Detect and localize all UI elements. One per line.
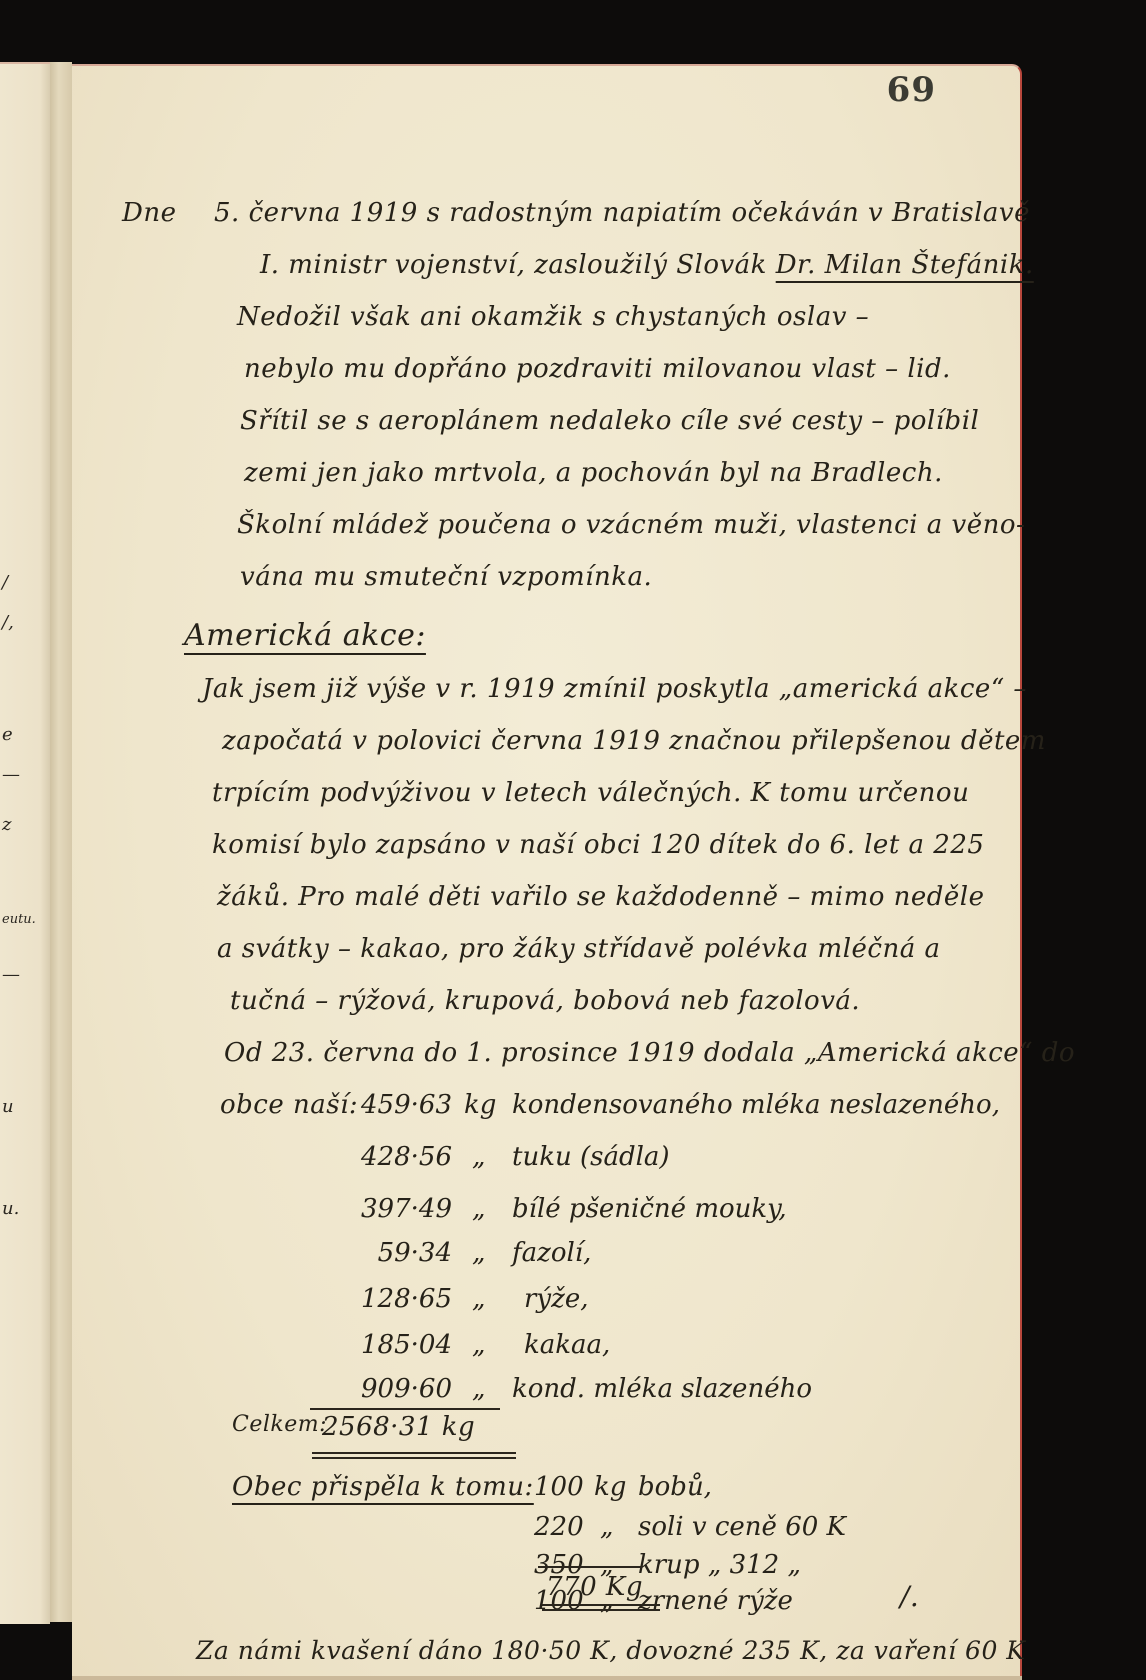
text-line: zemi jen jako mrtvola, a pochován byl na… bbox=[244, 458, 943, 488]
delivery-unit: „ bbox=[472, 1238, 485, 1268]
delivery-item: fazolí, bbox=[512, 1238, 591, 1268]
delivery-qty: 59·34 bbox=[322, 1238, 452, 1268]
contribution-item: soli v ceně 60 K bbox=[638, 1512, 846, 1542]
delivery-unit: „ bbox=[472, 1330, 485, 1360]
page-number: 69 bbox=[887, 70, 936, 110]
delivery-qty: 459·63 bbox=[322, 1090, 452, 1120]
text-line: Školní mládež poučena o vzácném muži, vl… bbox=[237, 510, 1025, 540]
delivery-qty: 128·65 bbox=[322, 1284, 452, 1314]
left-page-fragment: / bbox=[2, 572, 8, 593]
text-line: započatá v polovici června 1919 značnou … bbox=[222, 726, 1046, 756]
contribution-total: 770 Kg bbox=[546, 1572, 643, 1602]
delivery-unit: kg bbox=[464, 1090, 496, 1120]
delivery-item: kondensovaného mléka neslazeného, bbox=[512, 1090, 1000, 1120]
text-line: Jak jsem již výše v r. 1919 zmínil posky… bbox=[202, 674, 1027, 704]
section-heading: Americká akce: bbox=[184, 618, 426, 653]
contribution-qty: 220 bbox=[534, 1512, 584, 1542]
delivery-qty: 397·49 bbox=[322, 1194, 452, 1224]
left-page-fragment: u. bbox=[2, 1198, 19, 1219]
left-page-fragment: z bbox=[2, 814, 11, 835]
text-line: 5. června 1919 s radostným napiatím oček… bbox=[214, 198, 1030, 228]
contribution-item: krup „ 312 „ bbox=[638, 1550, 801, 1580]
text-line: trpícím podvýživou v letech válečných. K… bbox=[212, 778, 969, 808]
delivery-unit: „ bbox=[472, 1194, 485, 1224]
delivery-unit: „ bbox=[472, 1284, 485, 1314]
delivery-qty: 909·60 bbox=[322, 1374, 452, 1404]
text-line: Sřítil se s aeroplánem nedaleko cíle své… bbox=[240, 406, 979, 436]
delivery-item: rýže, bbox=[524, 1284, 588, 1314]
footer-line: Za námi kvašení dáno 180·50 K, dovozné 2… bbox=[196, 1636, 1025, 1665]
text-line: Od 23. června do 1. prosince 1919 dodala… bbox=[224, 1038, 1075, 1068]
text-line: tučná – rýžová, krupová, bobová neb fazo… bbox=[230, 986, 860, 1016]
contribution-unit: „ bbox=[600, 1512, 613, 1542]
highlighted-name: Dr. Milan Štefánik. bbox=[776, 250, 1034, 280]
contribution-item: zrnené rýže bbox=[638, 1586, 793, 1616]
text-line: a svátky – kakao, pro žáky střídavě polé… bbox=[217, 934, 940, 964]
delivery-item: kakaa, bbox=[524, 1330, 610, 1360]
total-double-rule bbox=[312, 1452, 516, 1459]
delivery-unit: „ bbox=[472, 1142, 485, 1172]
contribution-sum-rule bbox=[538, 1566, 642, 1568]
contribution-label: Obec přispěla k tomu: bbox=[232, 1472, 534, 1502]
left-page-fragment: u bbox=[2, 1096, 14, 1117]
contribution-unit: kg bbox=[594, 1472, 626, 1502]
delivery-item: kond. mléka slazeného bbox=[512, 1374, 812, 1404]
contribution-qty: 100 bbox=[534, 1472, 584, 1502]
text-fragment: I. ministr vojenství, zasloužilý Slovák bbox=[260, 250, 767, 280]
delivery-qty: 428·56 bbox=[322, 1142, 452, 1172]
left-page-fragment: eutu. bbox=[2, 912, 36, 927]
delivery-item: tuku (sádla) bbox=[512, 1142, 670, 1172]
chronicle-page: 69 Dne 5. června 1919 s radostným napiat… bbox=[72, 64, 1022, 1676]
text-line: I. ministr vojenství, zasloužilý Slovák … bbox=[260, 250, 1034, 280]
contribution-item: bobů, bbox=[638, 1472, 712, 1502]
sum-rule bbox=[310, 1408, 500, 1410]
text-line: komisí bylo zapsáno v naší obci 120 díte… bbox=[212, 830, 984, 860]
text-line: Nedožil však ani okamžik s chystaných os… bbox=[237, 302, 869, 332]
left-page-fragment: e bbox=[2, 724, 13, 745]
left-page-fragment: /, bbox=[2, 612, 14, 633]
end-mark: /. bbox=[900, 1580, 919, 1613]
delivery-item: bílé pšeničné mouky, bbox=[512, 1194, 787, 1224]
left-page-fragment: — bbox=[2, 964, 20, 985]
text-line: žáků. Pro malé děti vařilo se každodenně… bbox=[217, 882, 985, 912]
entry-label: Dne bbox=[122, 198, 176, 228]
left-page-edge: / /, e — z eutu. — u u. bbox=[0, 62, 50, 1624]
text-line: nebylo mu dopřáno pozdraviti milovanou v… bbox=[244, 354, 951, 384]
delivery-unit: „ bbox=[472, 1374, 485, 1404]
total-label: Celkem: bbox=[232, 1412, 327, 1437]
delivery-qty: 185·04 bbox=[322, 1330, 452, 1360]
book-gutter bbox=[50, 62, 72, 1622]
contribution-double-rule bbox=[542, 1604, 660, 1611]
text-line: vána mu smuteční vzpomínka. bbox=[240, 562, 652, 592]
left-page-fragment: — bbox=[2, 764, 20, 785]
total-value: 2568·31 kg bbox=[322, 1412, 475, 1442]
